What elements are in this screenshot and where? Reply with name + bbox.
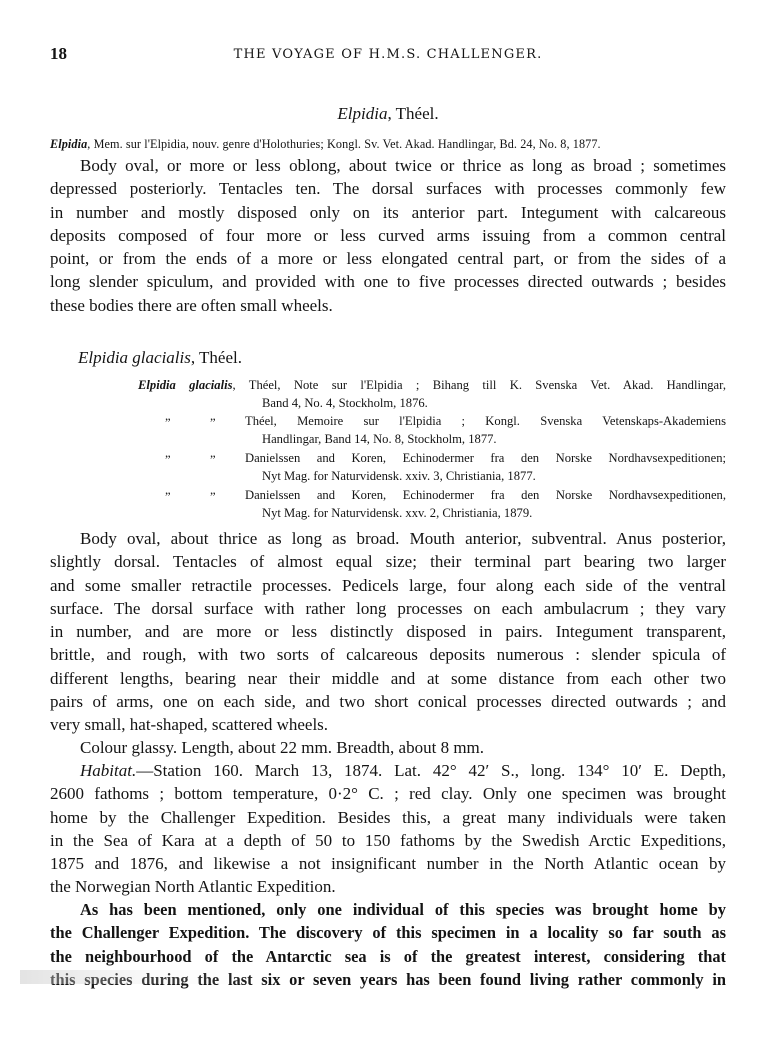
synonym-text: , Théel, Note sur l'Elpidia ; Bihang til… [233,378,726,392]
genus-reference: Elpidia, Mem. sur l'Elpidia, nouv. genre… [50,137,601,152]
genus-name: Elpidia [337,104,387,123]
ditto-mark: ” [165,451,210,470]
text-line: in number and mostly disposed only on it… [50,201,726,224]
genus-authority: , Théel. [387,104,438,123]
text-line: long slender spiculum, and provided with… [50,270,726,293]
synonym-entry: Elpidia glacialis, Théel, Note sur l'Elp… [138,376,726,395]
genus-heading: Elpidia, Théel. [0,104,776,124]
text-line: Colour glassy. Length, about 22 mm. Brea… [50,736,726,759]
species-name: Elpidia glacialis [78,348,191,367]
synonym-entry: Danielssen and Koren, Echinodermer fra d… [245,449,726,468]
habitat-paragraph: Habitat.—Station 160. March 13, 1874. La… [50,759,726,899]
synonym-continuation: Handlingar, Band 14, No. 8, Stockholm, 1… [262,430,497,449]
text-line: home by the Challenger Expedition. Besid… [50,806,726,829]
text-line: slightly dorsal. Tentacles of almost equ… [50,550,726,573]
ditto-marks: ”” [165,451,225,470]
text-line: and some smaller retractile processes. P… [50,574,726,597]
text-line: point, or from the ends of a more or les… [50,247,726,270]
text-line: depressed posteriorly. Tentacles ten. Th… [50,177,726,200]
ditto-mark: ” [165,414,210,433]
text-line: the Norwegian North Atlantic Expedition. [50,875,726,898]
genus-reference-text: , Mem. sur l'Elpidia, nouv. genre d'Holo… [87,137,600,151]
synonym-continuation: Nyt Mag. for Naturvidensk. xxv. 2, Chris… [262,504,532,523]
ditto-marks: ”” [165,488,225,507]
running-head-title: THE VOYAGE OF H.M.S. CHALLENGER. [50,47,726,62]
genus-description: Body oval, or more or less oblong, about… [50,154,726,317]
text-line: deposits composed of four more or less c… [50,224,726,247]
species-heading: Elpidia glacialis, Théel. [78,348,242,368]
ditto-mark: ” [165,488,210,507]
document-page: 18 THE VOYAGE OF H.M.S. CHALLENGER. Elpi… [0,0,776,1050]
text-line: 1875 and 1876, and likewise a not insign… [50,852,726,875]
text-line: Habitat.—Station 160. March 13, 1874. La… [50,759,726,782]
text-line: pairs of arms, one on each side, and two… [50,690,726,713]
synonym-entry: Théel, Memoire sur l'Elpidia ; Kongl. Sv… [245,412,726,431]
text-line: the Challenger Expedition. The discovery… [50,921,726,944]
genus-reference-name: Elpidia [50,137,87,151]
scan-artifact [20,970,280,984]
text-line: As has been mentioned, only one individu… [50,898,726,921]
ditto-marks: ”” [165,414,225,433]
text-line: the neighbourhood of the Antarctic sea i… [50,945,726,968]
text-line: these bodies there are often small wheel… [50,294,726,317]
text-line: Body oval, or more or less oblong, about… [50,154,726,177]
text-line: different lengths, bearing near their mi… [50,667,726,690]
species-authority: , Théel. [191,348,242,367]
text-line: in the Sea of Kara at a depth of 50 to 1… [50,829,726,852]
habitat-label: Habitat. [80,761,136,780]
text-line: very small, hat-shaped, scattered wheels… [50,713,726,736]
colour-paragraph: Colour glassy. Length, about 22 mm. Brea… [50,736,726,759]
text-line: brittle, and rough, with two sorts of ca… [50,643,726,666]
synonym-continuation: Nyt Mag. for Naturvidensk. xxiv. 3, Chri… [262,467,536,486]
species-description: Body oval, about thrice as long as broad… [50,527,726,737]
running-head: 18 THE VOYAGE OF H.M.S. CHALLENGER. [50,44,726,68]
text-line: Body oval, about thrice as long as broad… [50,527,726,550]
synonym-name: Elpidia glacialis [138,378,233,392]
synonym-entry: Danielssen and Koren, Echinodermer fra d… [245,486,726,505]
synonym-continuation: Band 4, No. 4, Stockholm, 1876. [262,394,428,413]
text-line: surface. The dorsal surface with rather … [50,597,726,620]
text-line: 2600 fathoms ; bottom temperature, 0·2° … [50,782,726,805]
text-line: in number, and are more or less distinct… [50,620,726,643]
